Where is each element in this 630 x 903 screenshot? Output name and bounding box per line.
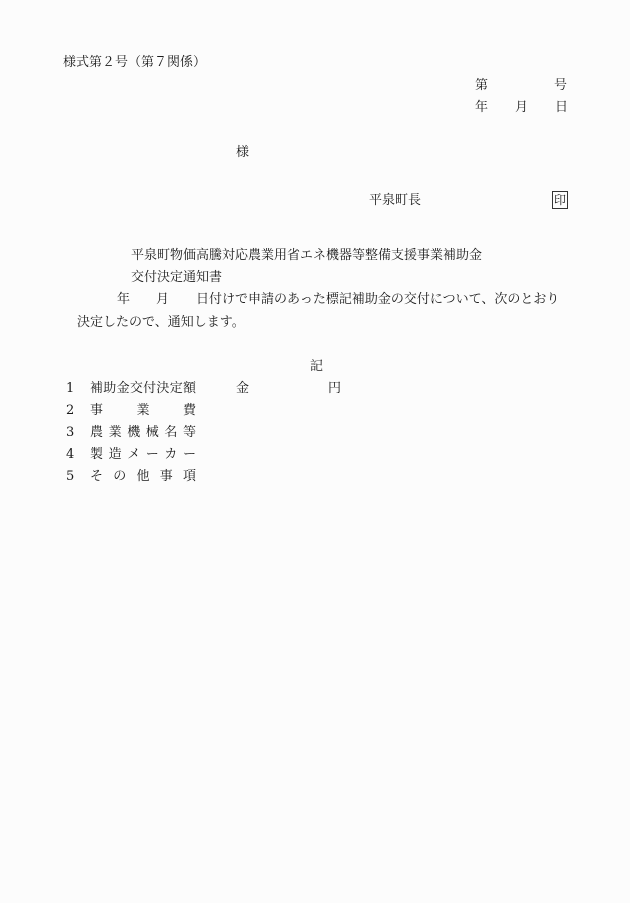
issue-date: 年 月 日 (475, 101, 567, 115)
label-char: 決 (156, 382, 169, 395)
ref-number-prefix: 第 (475, 79, 488, 92)
list-item-machinery-name: 3 農 業 機 械 名 等 (66, 426, 196, 439)
form-number: 様式第２号（第７関係） (63, 56, 206, 69)
date-year: 年 (475, 101, 488, 114)
item-number: 4 (66, 448, 90, 461)
document-title-line2: 交付決定通知書 (131, 271, 222, 284)
date-month: 月 (515, 101, 528, 114)
list-item-other-matters: 5 そ の 他 事 項 (66, 470, 196, 483)
label-char: の (113, 470, 126, 483)
label-char: カ (164, 448, 177, 461)
label-char: 製 (90, 448, 103, 461)
item-label: そ の 他 事 項 (90, 470, 196, 483)
note-heading: 記 (310, 360, 323, 373)
label-char: 農 (90, 426, 103, 439)
body-date-month: 月 (156, 293, 169, 306)
label-char: 造 (109, 448, 122, 461)
date-day: 日 (555, 101, 568, 114)
body-line1: 年 月 日付けで申請のあった標記補助金の交付について、次のとおり (117, 293, 567, 307)
label-char: 等 (183, 426, 196, 439)
item-number: 1 (66, 382, 90, 395)
document-title-line1: 平泉町物価高騰対応農業用省エネ機器等整備支援事業補助金 (131, 249, 482, 262)
label-char: 額 (183, 382, 196, 395)
body-line2: 決定したので、通知します。 (77, 316, 245, 329)
seal-stamp-box: 印 (552, 191, 568, 209)
item-number: 3 (66, 426, 90, 439)
body-line1-text: 日付けで申請のあった標記補助金の交付について、次のとおり (196, 293, 559, 306)
label-char: ー (183, 448, 196, 461)
list-item-manufacturer: 4 製 造 メ ー カ ー (66, 448, 196, 461)
item-label: 事 業 費 (90, 404, 196, 417)
label-char: 助 (103, 382, 116, 395)
label-char: 事 (90, 404, 103, 417)
label-char: 費 (183, 404, 196, 417)
label-char: そ (90, 470, 103, 483)
label-char: 付 (143, 382, 156, 395)
list-item-project-cost: 2 事 業 費 (66, 404, 196, 417)
label-char: 定 (170, 382, 183, 395)
label-char: 補 (90, 382, 103, 395)
label-char: 業 (109, 426, 122, 439)
label-char: ー (146, 448, 159, 461)
item-label: 補 助 金 交 付 決 定 額 (90, 382, 196, 395)
label-char: 項 (183, 470, 196, 483)
item-label: 農 業 機 械 名 等 (90, 426, 196, 439)
amount-suffix: 円 (328, 382, 341, 395)
seal-label: 印 (554, 194, 566, 206)
item-label: 製 造 メ ー カ ー (90, 448, 196, 461)
label-char: 械 (146, 426, 159, 439)
addressee-suffix: 様 (236, 146, 249, 159)
label-char: メ (127, 448, 140, 461)
amount-prefix: 金 (236, 382, 249, 395)
label-char: 機 (127, 426, 140, 439)
body-date-year: 年 (117, 293, 130, 306)
list-item-subsidy-amount: 1 補 助 金 交 付 決 定 額 金 円 (66, 382, 196, 395)
item-number: 2 (66, 404, 90, 417)
ref-number-suffix: 号 (554, 79, 567, 92)
label-char: 事 (160, 470, 173, 483)
label-char: 他 (136, 470, 149, 483)
item-number: 5 (66, 470, 90, 483)
label-char: 交 (130, 382, 143, 395)
reference-number: 第 号 (475, 79, 567, 92)
issuer-title: 平泉町長 (369, 194, 421, 207)
label-char: 業 (136, 404, 149, 417)
label-char: 金 (117, 382, 130, 395)
label-char: 名 (164, 426, 177, 439)
